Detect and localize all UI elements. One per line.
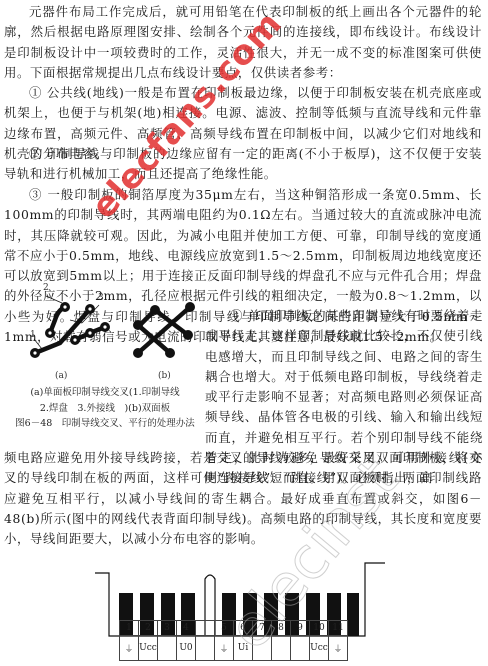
scanned-book-page: 元器件布局工作完成后，就可用铅笔在代表印制板的纸上画出各个元器件的轮廓，然后根据… [0, 0, 488, 666]
pin-signal [158, 636, 177, 661]
pin-signal: Ucc [310, 636, 329, 661]
connector-pin-table: 1 2 3 4 5 6 7 8 9 10 11 ⏚ Ucc U0 ⏚ Ui Uc… [119, 620, 348, 661]
pin-number: 8 [272, 621, 291, 636]
pin-number-row: 1 2 3 4 5 6 7 8 9 10 11 [120, 621, 348, 636]
figure-caption-line-1: (a)单面板印制导线交叉(1.印制导线 [0, 385, 210, 400]
pin-number: 6 [234, 621, 253, 636]
pin-number: 10 [310, 621, 329, 636]
pin-signal: Ui [234, 636, 253, 661]
pin-number: 11 [329, 621, 348, 636]
label-1: 1 [30, 330, 36, 340]
pin-number: 2 [139, 621, 158, 636]
pin-number: 1 [120, 621, 139, 636]
pin-signal [253, 636, 272, 661]
pin-signal-row: ⏚ Ucc U0 ⏚ Ui Ucc ⏚ [120, 636, 348, 661]
figure-caption-line-2: 2.焊盘 3.外接线 )(b)双面板 [0, 401, 210, 416]
point-2-paragraph: ② 印制导线与印制板的边缘应留有一定的距离(不小于板厚)，这不仅便于安装导轨和进… [4, 144, 482, 185]
pin-number: 5 [215, 621, 234, 636]
sub-label-a: (a) [55, 371, 67, 381]
pin-signal [291, 636, 310, 661]
ground-icon: ⏚ [215, 636, 234, 661]
label-2: 2 [43, 283, 49, 293]
pcb-trace-diagram-icon [10, 285, 200, 370]
sub-label-b: (b) [158, 371, 171, 381]
ground-icon: ⏚ [329, 636, 348, 661]
pin-number: 9 [291, 621, 310, 636]
pin-signal [272, 636, 291, 661]
ground-icon: ⏚ [120, 636, 139, 661]
intro-paragraph: 元器件布局工作完成后，就可用铅笔在代表印制板的纸上画出各个元器件的轮廓，然后根据… [4, 2, 482, 83]
pin-signal: U0 [177, 636, 196, 661]
figure-caption-title: 图6－48 印制导线交叉、平行的处理办法 [0, 416, 210, 431]
label-3: 3 [98, 293, 104, 303]
pin-number [196, 621, 215, 636]
pin-signal [196, 636, 215, 661]
pin-signal: Ucc [139, 636, 158, 661]
pin-number: 4 [177, 621, 196, 636]
point-4-continued-paragraph: 频电路应避免用外接导线跨接，若是交叉的导线较多，最好采用双面印制板，将交叉的导线… [4, 448, 482, 549]
pin-number: 3 [158, 621, 177, 636]
pin-number: 7 [253, 621, 272, 636]
